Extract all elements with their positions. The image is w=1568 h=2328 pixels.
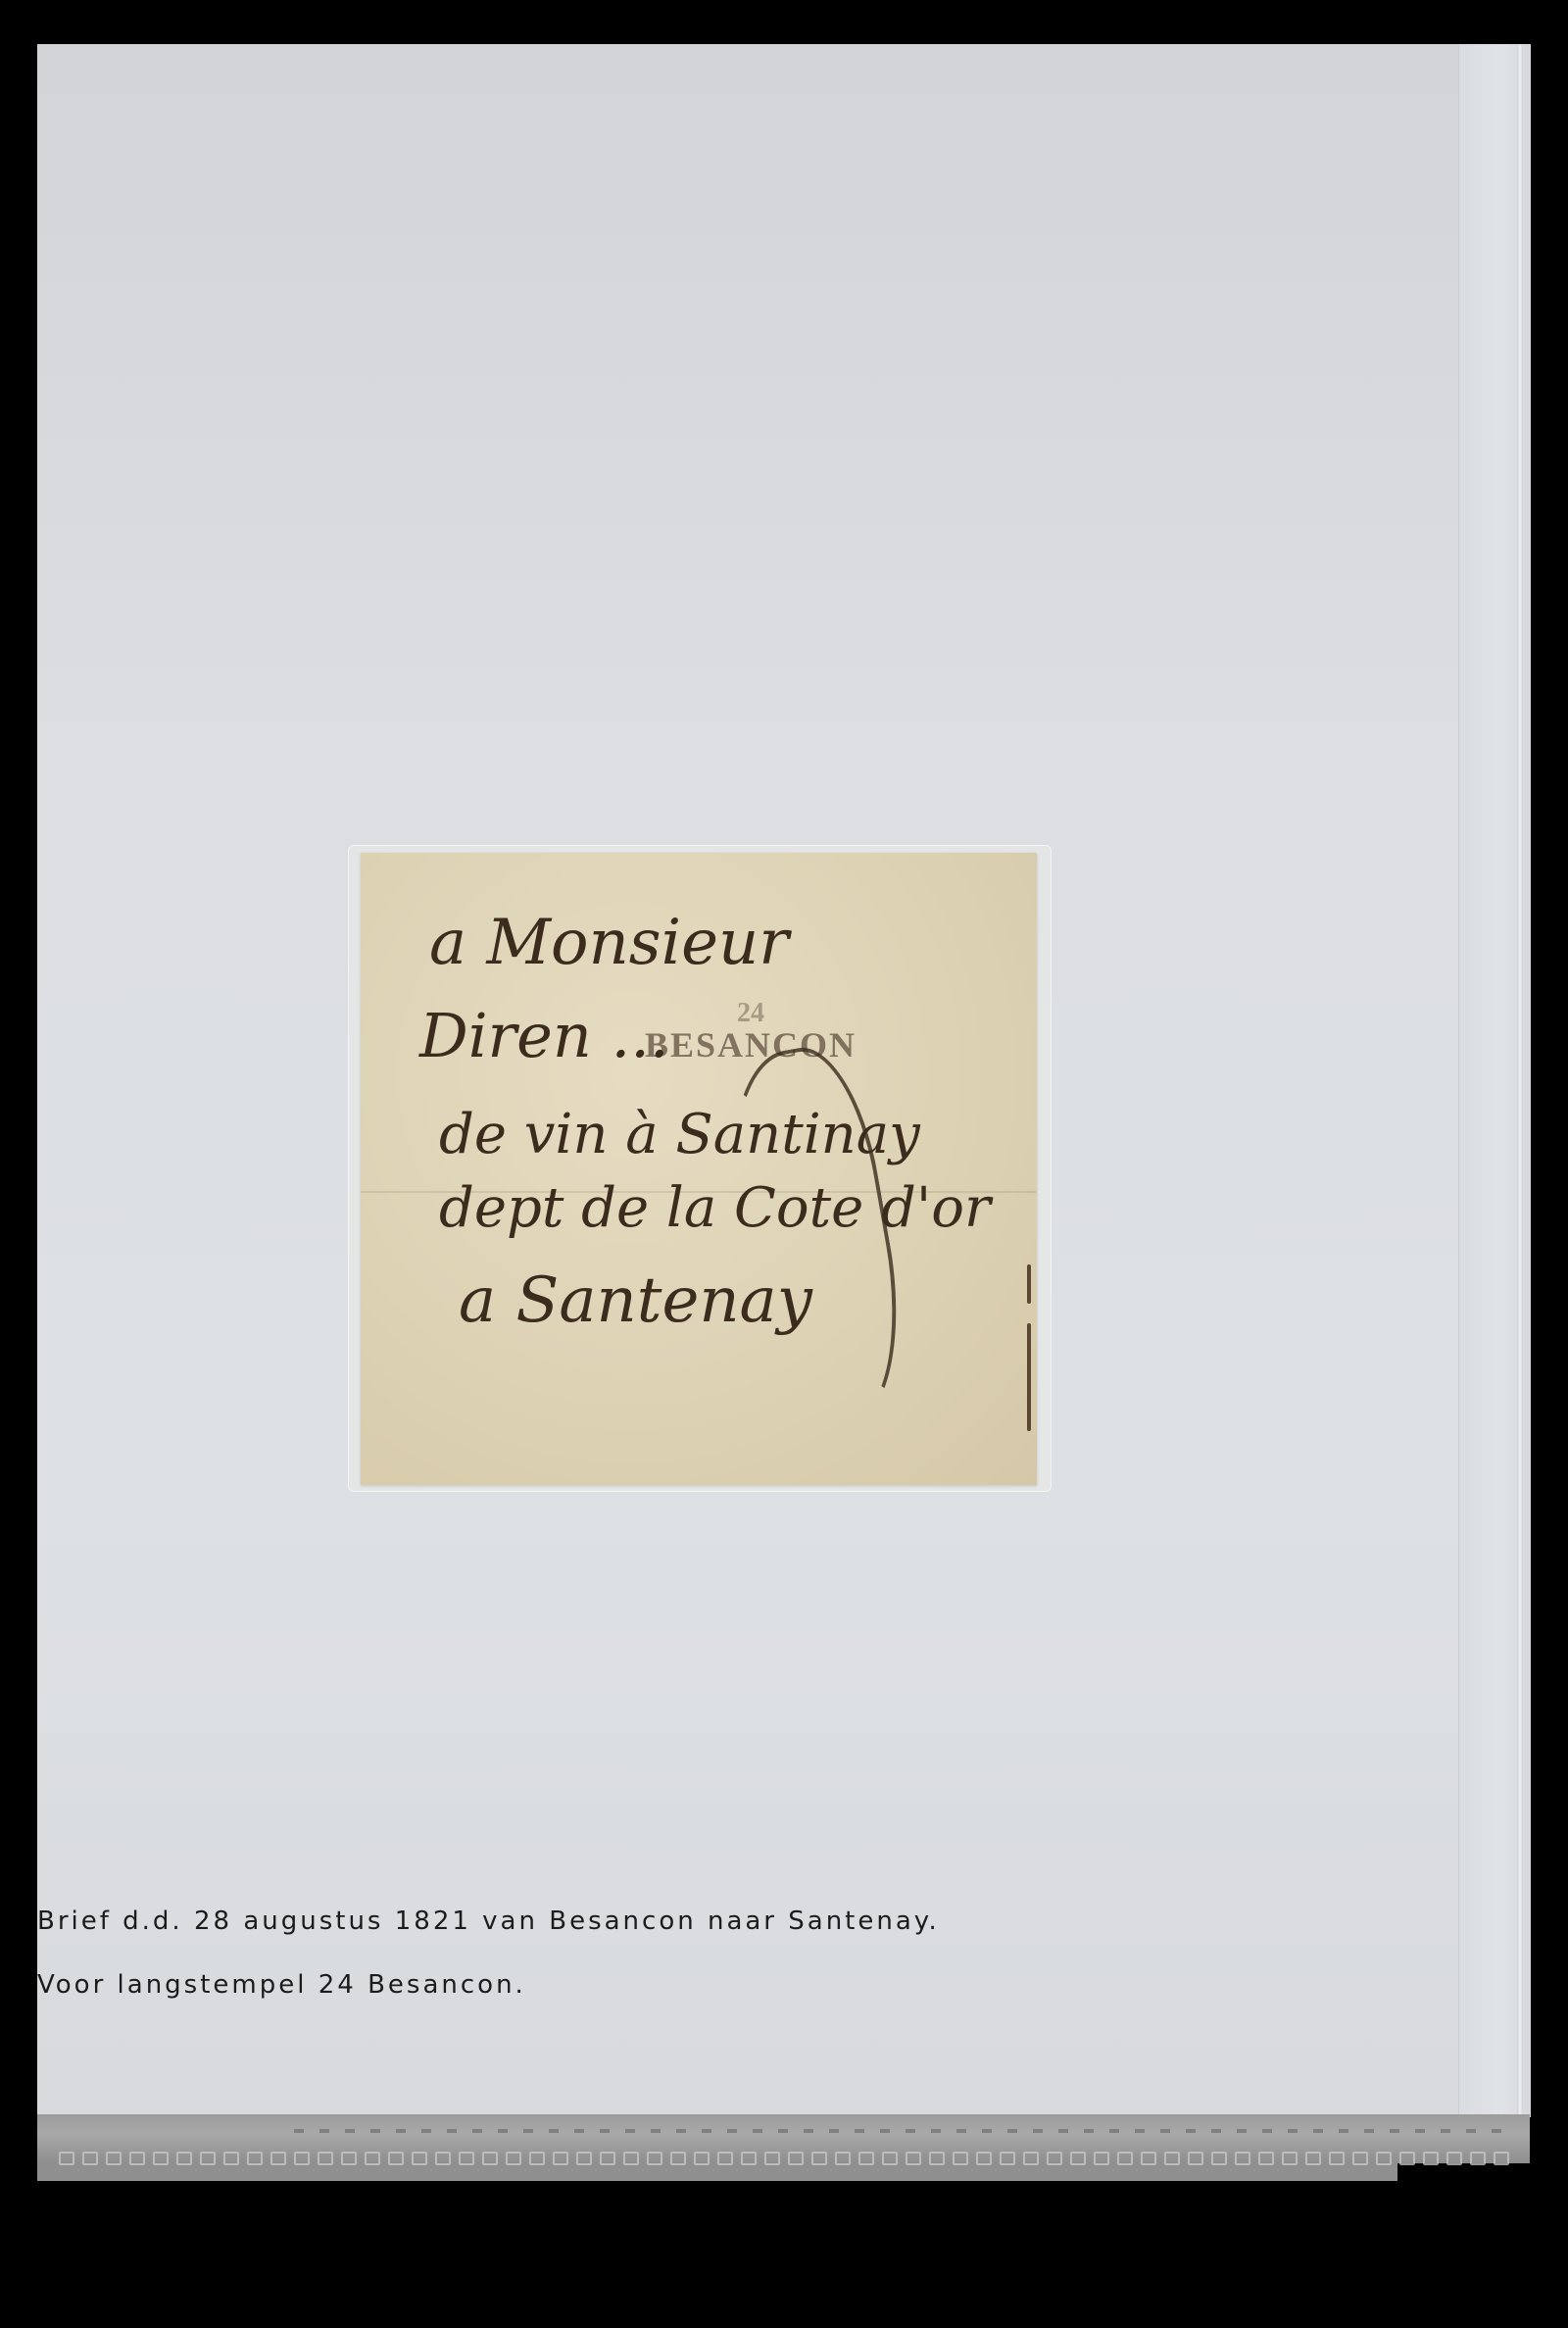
folded-letter: 24 BESANCON a Monsieur Diren ... de vin …	[361, 853, 1037, 1485]
address-line-1: a Monsieur	[429, 907, 789, 979]
postmark-number: 24	[645, 1000, 857, 1027]
sleeve-bottom-strip-lower	[37, 2163, 1397, 2181]
strip-perforation-holes	[59, 2152, 1509, 2165]
postmark-stamp: 24 BESANCON	[645, 1000, 857, 1063]
address-line-4: dept de la Cote d'or	[439, 1176, 991, 1240]
album-page-edge	[1517, 44, 1523, 2117]
edge-ink-mark	[1027, 1264, 1031, 1304]
address-line-2: Diren ...	[419, 1000, 669, 1071]
caption-line-2: Voor langstempel 24 Besancon.	[37, 1970, 526, 2000]
caption-line-1: Brief d.d. 28 augustus 1821 van Besancon…	[37, 1907, 940, 1936]
strip-perforation-dashes	[294, 2129, 1509, 2133]
postage-rate-marking	[702, 1038, 920, 1440]
edge-ink-mark	[1027, 1323, 1031, 1431]
